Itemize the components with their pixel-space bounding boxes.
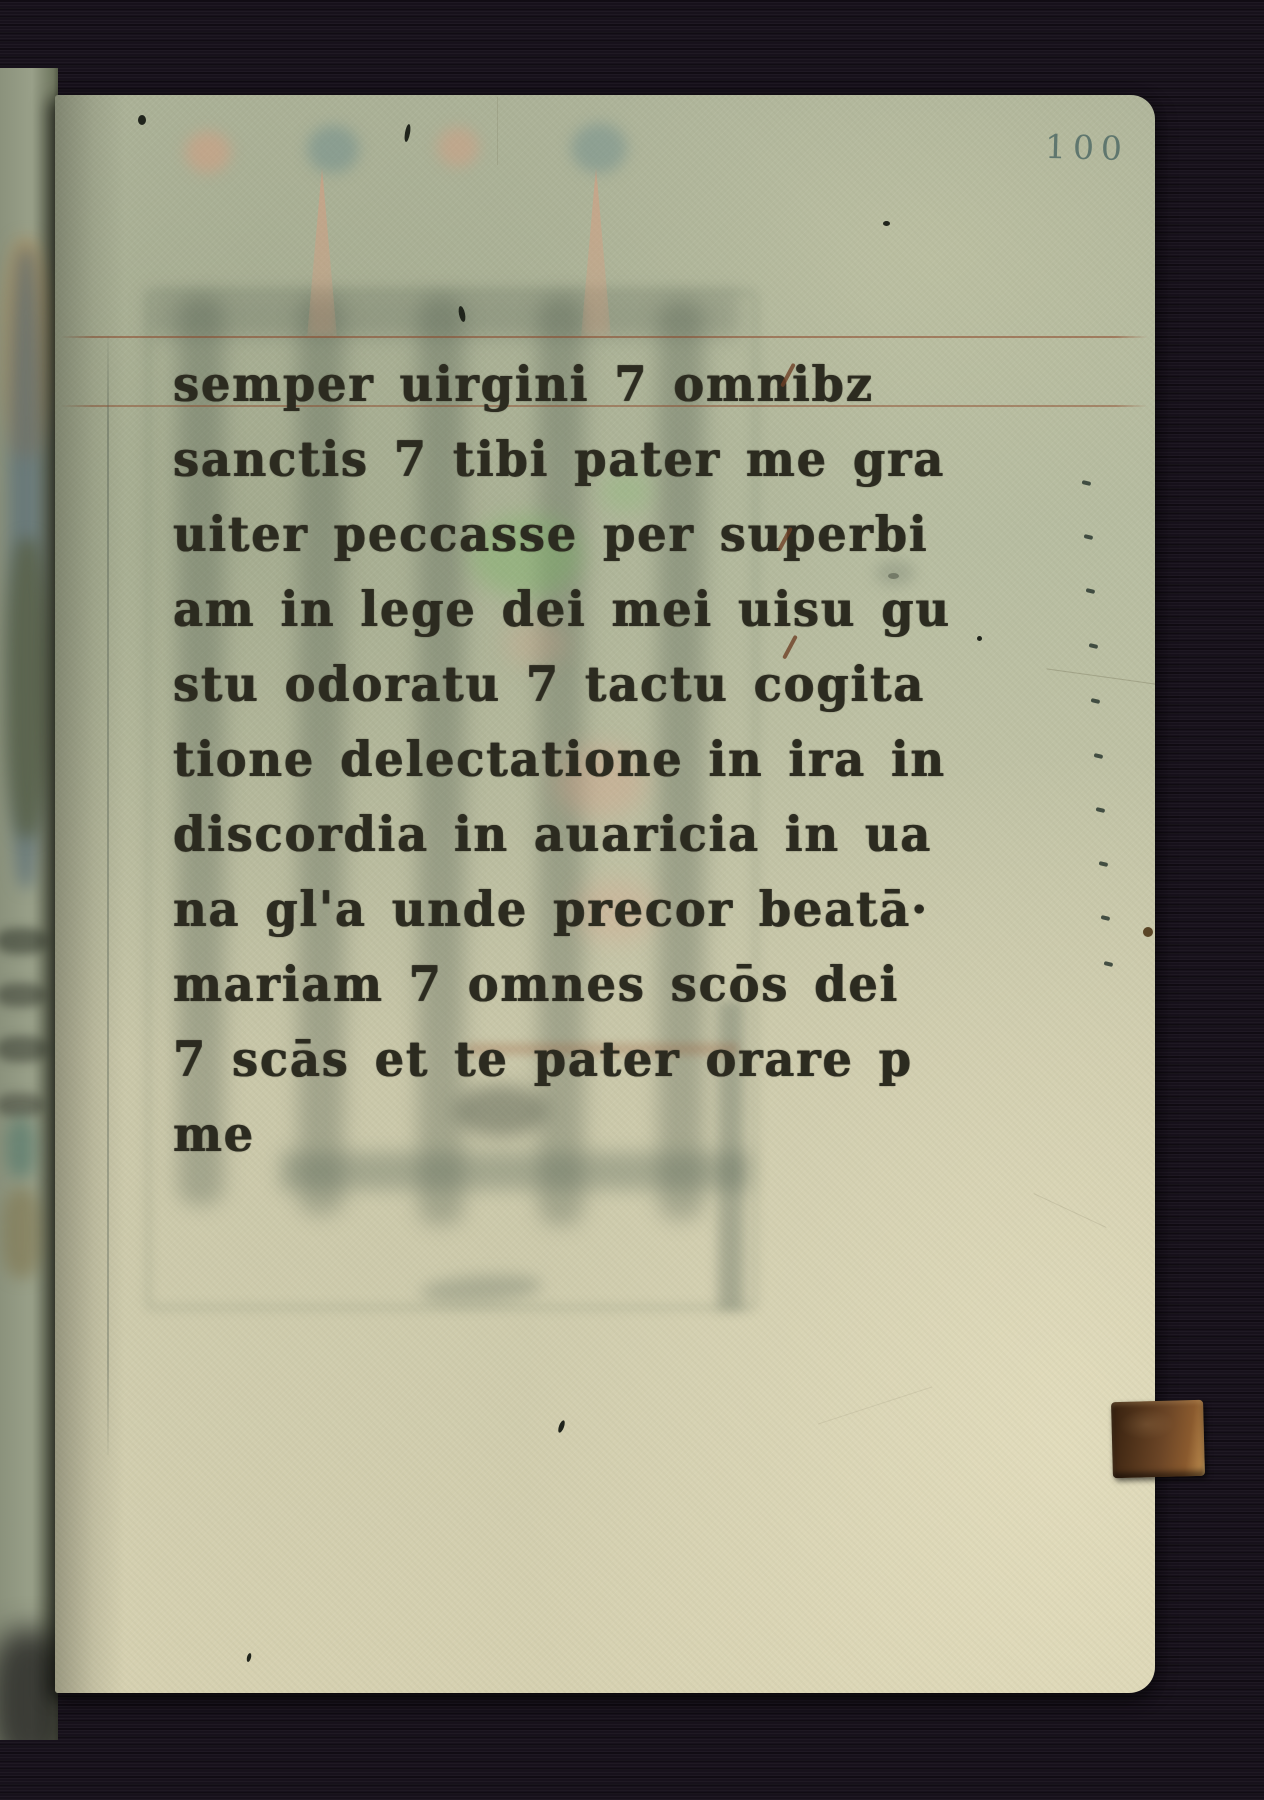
text-line: sanctis 7 tibi pater me gra xyxy=(173,427,945,491)
facing-page-illumination-blur xyxy=(2,1188,42,1278)
ruled-line-top xyxy=(60,336,1148,338)
stain-spot xyxy=(1143,927,1153,937)
facing-page-text-blur xyxy=(0,1093,44,1117)
text-line: stu odoratu 7 tactu cogita xyxy=(173,652,925,716)
ink-showthrough-band xyxy=(280,1152,750,1190)
parchment-crease xyxy=(497,97,498,165)
ink-speck xyxy=(883,221,890,226)
facing-page-illumination-blur xyxy=(6,1118,36,1178)
ink-showthrough-blob xyxy=(455,1085,547,1137)
page-edge-shadow xyxy=(0,1628,58,1740)
stain-spot xyxy=(888,573,899,579)
text-line: uiter peccasse per superbi xyxy=(173,502,928,566)
text-line: tione delectatione in ira in xyxy=(173,727,946,791)
leather-bookmark-tab xyxy=(1111,1400,1205,1478)
book-page-edges xyxy=(0,68,58,1740)
manuscript-page: semper uirgini 7 omnibz sanctis 7 tibi p… xyxy=(55,95,1155,1693)
text-line: me xyxy=(173,1102,255,1166)
manuscript-photo: semper uirgini 7 omnibz sanctis 7 tibi p… xyxy=(0,0,1264,1800)
text-line: semper uirgini 7 omnibz xyxy=(173,352,874,416)
facing-page-text-blur xyxy=(0,928,48,954)
folio-number: 100 xyxy=(1045,127,1130,168)
facing-page-text-blur xyxy=(0,983,46,1007)
ink-showthrough-blob xyxy=(307,125,359,173)
ink-showthrough-blob xyxy=(185,131,231,173)
facing-page-text-blur xyxy=(0,1036,48,1062)
ink-speck xyxy=(977,636,982,641)
text-line: am in lege dei mei uisu gu xyxy=(173,577,951,641)
text-line: discordia in auaricia in ua xyxy=(173,802,932,866)
gutter-shadow xyxy=(55,95,125,1693)
ink-showthrough-blob xyxy=(571,123,627,173)
ink-showthrough-blob xyxy=(437,127,479,167)
text-line: 7 scās et te pater orare p xyxy=(173,1027,913,1091)
text-line: na gl'a unde precor beatā· xyxy=(173,877,929,941)
text-line: mariam 7 omnes scōs dei xyxy=(173,952,899,1016)
facing-page-illumination-blur xyxy=(6,538,48,838)
ink-speck xyxy=(138,115,146,125)
